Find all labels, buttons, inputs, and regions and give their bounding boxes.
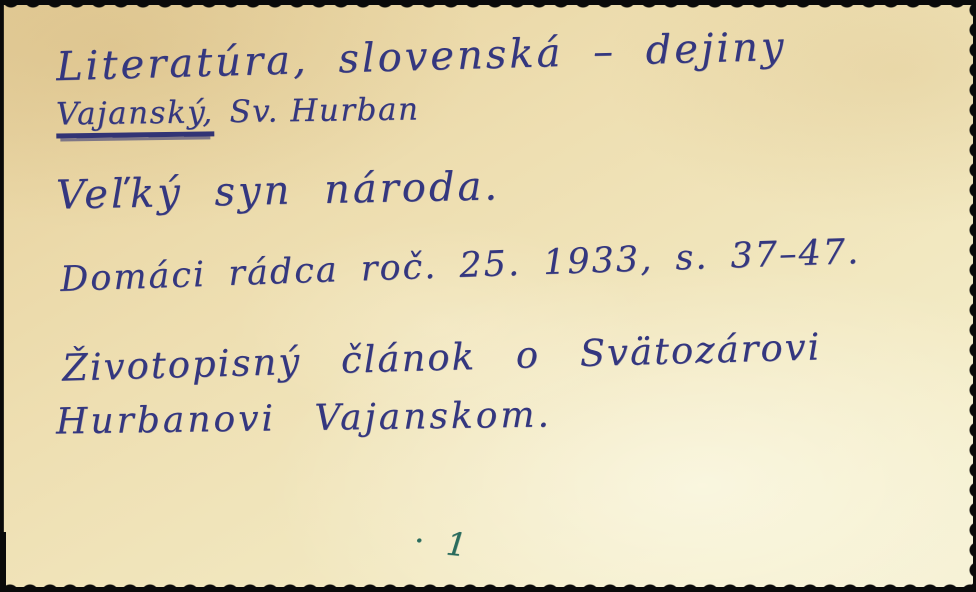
torn-edge-left	[0, 0, 5, 592]
scanned-catalog-card: Literatúra, slovenská – dejiny Vajanský,…	[0, 0, 976, 592]
work-title: Veľký syn národa.	[56, 163, 501, 218]
author-heading: Vajanský,Sv. Hurban	[56, 91, 420, 132]
annotation-line-2: Hurbanovi Vajanskom.	[56, 395, 552, 443]
perforated-edge-right	[962, 0, 976, 592]
perforated-edge-top	[0, 0, 976, 16]
paper-card: Literatúra, slovenská – dejiny Vajanský,…	[0, 0, 976, 592]
subject-heading: Literatúra, slovenská – dejiny	[56, 24, 788, 90]
bottom-number-mark: · 1	[412, 521, 474, 565]
perforated-edge-bottom	[0, 577, 976, 592]
source-reference: Domáci rádca roč. 25. 1933, s. 37–47.	[60, 232, 861, 300]
author-name-rest: Sv. Hurban	[229, 91, 419, 130]
annotation-line-1: Životopisný článok o Svätozárovi	[62, 325, 822, 389]
author-name-underlined: Vajanský,	[56, 94, 214, 138]
